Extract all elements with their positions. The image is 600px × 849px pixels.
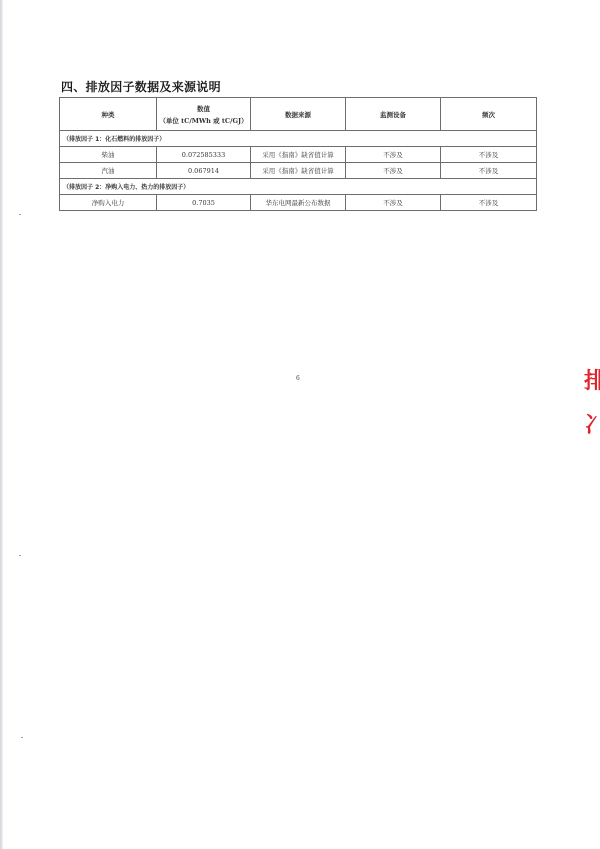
cell-type: 柴油 xyxy=(60,147,157,163)
red-seal-stamp: 排 冫 xyxy=(584,360,600,490)
scan-speck xyxy=(19,555,21,556)
header-type: 种类 xyxy=(60,98,157,131)
group-row: （排放因子 2：净购入电力、热力的排放因子） xyxy=(60,179,537,195)
page-number: 6 xyxy=(296,375,300,382)
cell-source: 采用《指南》缺省值计算 xyxy=(251,147,346,163)
scan-speck xyxy=(21,737,23,738)
cell-frequency: 不涉及 xyxy=(441,195,537,211)
header-value-unit: （单位 tC/MWh 或 tC/GJ） xyxy=(157,116,250,125)
cell-frequency: 不涉及 xyxy=(441,147,537,163)
cell-value: 0.072585333 xyxy=(157,147,251,163)
group-label: （排放因子 1：化石燃料的排放因子） xyxy=(60,131,537,147)
table-row: 柴油 0.072585333 采用《指南》缺省值计算 不涉及 不涉及 xyxy=(60,147,537,163)
section-title: 四、排放因子数据及来源说明 xyxy=(61,78,221,95)
table-header-row: 种类 数值 （单位 tC/MWh 或 tC/GJ） 数据来源 监测设备 频次 xyxy=(60,98,537,131)
cell-type: 净购入电力 xyxy=(60,195,157,211)
group-label: （排放因子 2：净购入电力、热力的排放因子） xyxy=(60,179,537,195)
stamp-char: 排 xyxy=(584,360,600,404)
cell-monitoring: 不涉及 xyxy=(346,147,441,163)
header-frequency: 频次 xyxy=(441,98,537,131)
cell-source: 采用《指南》缺省值计算 xyxy=(251,163,346,179)
cell-value: 0.067914 xyxy=(157,163,251,179)
cell-type: 汽油 xyxy=(60,163,157,179)
table-row: 净购入电力 0.7035 华东电网最新公布数据 不涉及 不涉及 xyxy=(60,195,537,211)
table-row: 汽油 0.067914 采用《指南》缺省值计算 不涉及 不涉及 xyxy=(60,163,537,179)
scan-left-edge xyxy=(0,0,3,849)
cell-value: 0.7035 xyxy=(157,195,251,211)
cell-frequency: 不涉及 xyxy=(441,163,537,179)
emission-factor-table: 种类 数值 （单位 tC/MWh 或 tC/GJ） 数据来源 监测设备 频次 （… xyxy=(59,97,537,211)
header-source: 数据来源 xyxy=(251,98,346,131)
stamp-char: 冫 xyxy=(584,404,600,448)
scan-speck xyxy=(19,214,21,215)
group-row: （排放因子 1：化石燃料的排放因子） xyxy=(60,131,537,147)
header-value: 数值 （单位 tC/MWh 或 tC/GJ） xyxy=(157,98,251,131)
header-value-label: 数值 xyxy=(197,105,210,113)
cell-source: 华东电网最新公布数据 xyxy=(251,195,346,211)
header-monitoring: 监测设备 xyxy=(346,98,441,131)
cell-monitoring: 不涉及 xyxy=(346,163,441,179)
cell-monitoring: 不涉及 xyxy=(346,195,441,211)
